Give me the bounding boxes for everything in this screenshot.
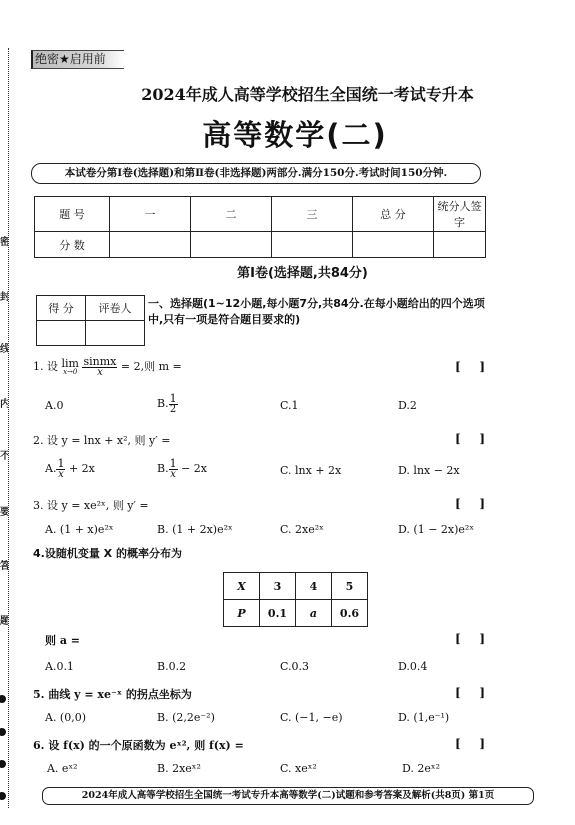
- exam-notice: 本试卷分第Ⅰ卷(选择题)和第Ⅱ卷(非选择题)两部分.满分150分.考试时间150…: [31, 163, 481, 184]
- option-d[interactable]: D. (1 − 2x)e²ˣ: [398, 523, 474, 536]
- score-table-header-row: 题 号 一 二 三 总 分 统分人签字: [35, 197, 486, 232]
- binding-hole-icon: [0, 728, 6, 736]
- score-cell[interactable]: [191, 232, 272, 258]
- margin-char: 封: [0, 288, 8, 303]
- option-c[interactable]: C. lnx + 2x: [280, 464, 341, 477]
- score-table-value-row: 分 数: [35, 232, 486, 258]
- option-c[interactable]: C. xeˣ²: [280, 762, 317, 775]
- answer-bracket[interactable]: []: [455, 497, 485, 511]
- margin-char: 答: [0, 557, 8, 572]
- binding-hole-icon: [0, 695, 6, 703]
- margin-char: 要: [0, 503, 8, 518]
- option-d[interactable]: D. 2eˣ²: [402, 762, 440, 775]
- score-cell[interactable]: [110, 232, 191, 258]
- seal-line: [8, 48, 9, 808]
- subject-title: 高等数学(二): [0, 113, 575, 154]
- score-header: 总 分: [353, 197, 434, 232]
- margin-char: 题: [0, 612, 8, 627]
- score-cell[interactable]: [434, 232, 486, 258]
- option-c[interactable]: C.1: [280, 399, 299, 412]
- option-b[interactable]: B. 2xeˣ²: [157, 762, 201, 775]
- option-a[interactable]: A.0.1: [45, 660, 74, 673]
- question-3: 3. 设 y = xe²ˣ, 则 y′ =: [33, 497, 149, 513]
- grader-score-cell[interactable]: [37, 321, 86, 346]
- question-6: 6. 设 f(x) 的一个原函数为 eˣ², 则 f(x) =: [33, 737, 244, 753]
- question-4: 4.设随机变量 X 的概率分布为: [33, 545, 182, 561]
- option-a[interactable]: A. (0,0): [45, 711, 86, 724]
- option-b[interactable]: B.12: [157, 393, 178, 415]
- option-b[interactable]: B.0.2: [157, 660, 186, 673]
- answer-bracket[interactable]: []: [455, 737, 485, 751]
- question-5: 5. 曲线 y = xe⁻ˣ 的拐点坐标为: [33, 686, 192, 702]
- option-c[interactable]: C. 2xe²ˣ: [280, 523, 324, 536]
- grader-header: 得 分: [37, 296, 86, 321]
- binding-hole-icon: [0, 760, 6, 768]
- option-b[interactable]: B.1x − 2x: [157, 458, 207, 480]
- answer-bracket[interactable]: []: [455, 686, 485, 700]
- margin-char: 内: [0, 395, 8, 410]
- option-c[interactable]: C.0.3: [280, 660, 309, 673]
- score-row-label: 分 数: [35, 232, 110, 258]
- score-header: 三: [272, 197, 353, 232]
- score-cell[interactable]: [272, 232, 353, 258]
- option-d[interactable]: D.2: [398, 399, 417, 412]
- score-header: 二: [191, 197, 272, 232]
- score-header: 题 号: [35, 197, 110, 232]
- question-1: 1. 设 lim x→0 sinmxx = 2,则 m =: [33, 356, 182, 378]
- option-a[interactable]: A.1x + 2x: [45, 458, 95, 480]
- grader-table: 得 分 评卷人: [36, 295, 145, 346]
- score-header: 统分人签字: [434, 197, 486, 232]
- margin-char: 线: [0, 340, 8, 355]
- confidential-label: 绝密★启用前: [31, 50, 124, 69]
- page-footer: 2024年成人高等学校招生全国统一考试专升本高等数学(二)试题和参考答案及解析(…: [42, 787, 534, 805]
- grader-header: 评卷人: [86, 296, 145, 321]
- option-a[interactable]: A.0: [45, 399, 63, 412]
- section-instruction: 一、选择题(1~12小题,每小题7分,共84分.在每小题给出的四个选项中,只有一…: [148, 296, 488, 328]
- answer-bracket[interactable]: []: [455, 432, 485, 446]
- option-d[interactable]: D. (1,e⁻¹): [398, 711, 449, 724]
- question-2: 2. 设 y = lnx + x², 则 y′ =: [33, 432, 170, 448]
- answer-bracket[interactable]: []: [455, 360, 485, 374]
- answer-bracket[interactable]: []: [455, 632, 485, 646]
- section-title: 第Ⅰ卷(选择题,共84分): [0, 262, 575, 281]
- margin-char: 不: [0, 447, 8, 462]
- exam-title: 2024年成人高等学校招生全国统一考试专升本: [0, 82, 575, 105]
- probability-table: X 3 4 5 P 0.1 a 0.6: [223, 572, 368, 627]
- score-cell[interactable]: [353, 232, 434, 258]
- binding-hole-icon: [0, 792, 6, 800]
- option-b[interactable]: B. (2,2e⁻²): [157, 711, 215, 724]
- option-d[interactable]: D. lnx − 2x: [398, 464, 460, 477]
- question-4-substem: 则 a =: [45, 632, 80, 648]
- score-header: 一: [110, 197, 191, 232]
- option-c[interactable]: C. (−1, −e): [280, 711, 343, 724]
- grader-name-cell[interactable]: [86, 321, 145, 346]
- option-a[interactable]: A. eˣ²: [47, 762, 78, 775]
- option-d[interactable]: D.0.4: [398, 660, 427, 673]
- margin-char: 密: [0, 233, 8, 248]
- score-table: 题 号 一 二 三 总 分 统分人签字 分 数: [34, 196, 486, 258]
- option-b[interactable]: B. (1 + 2x)e²ˣ: [157, 523, 233, 536]
- option-a[interactable]: A. (1 + x)e²ˣ: [45, 523, 114, 536]
